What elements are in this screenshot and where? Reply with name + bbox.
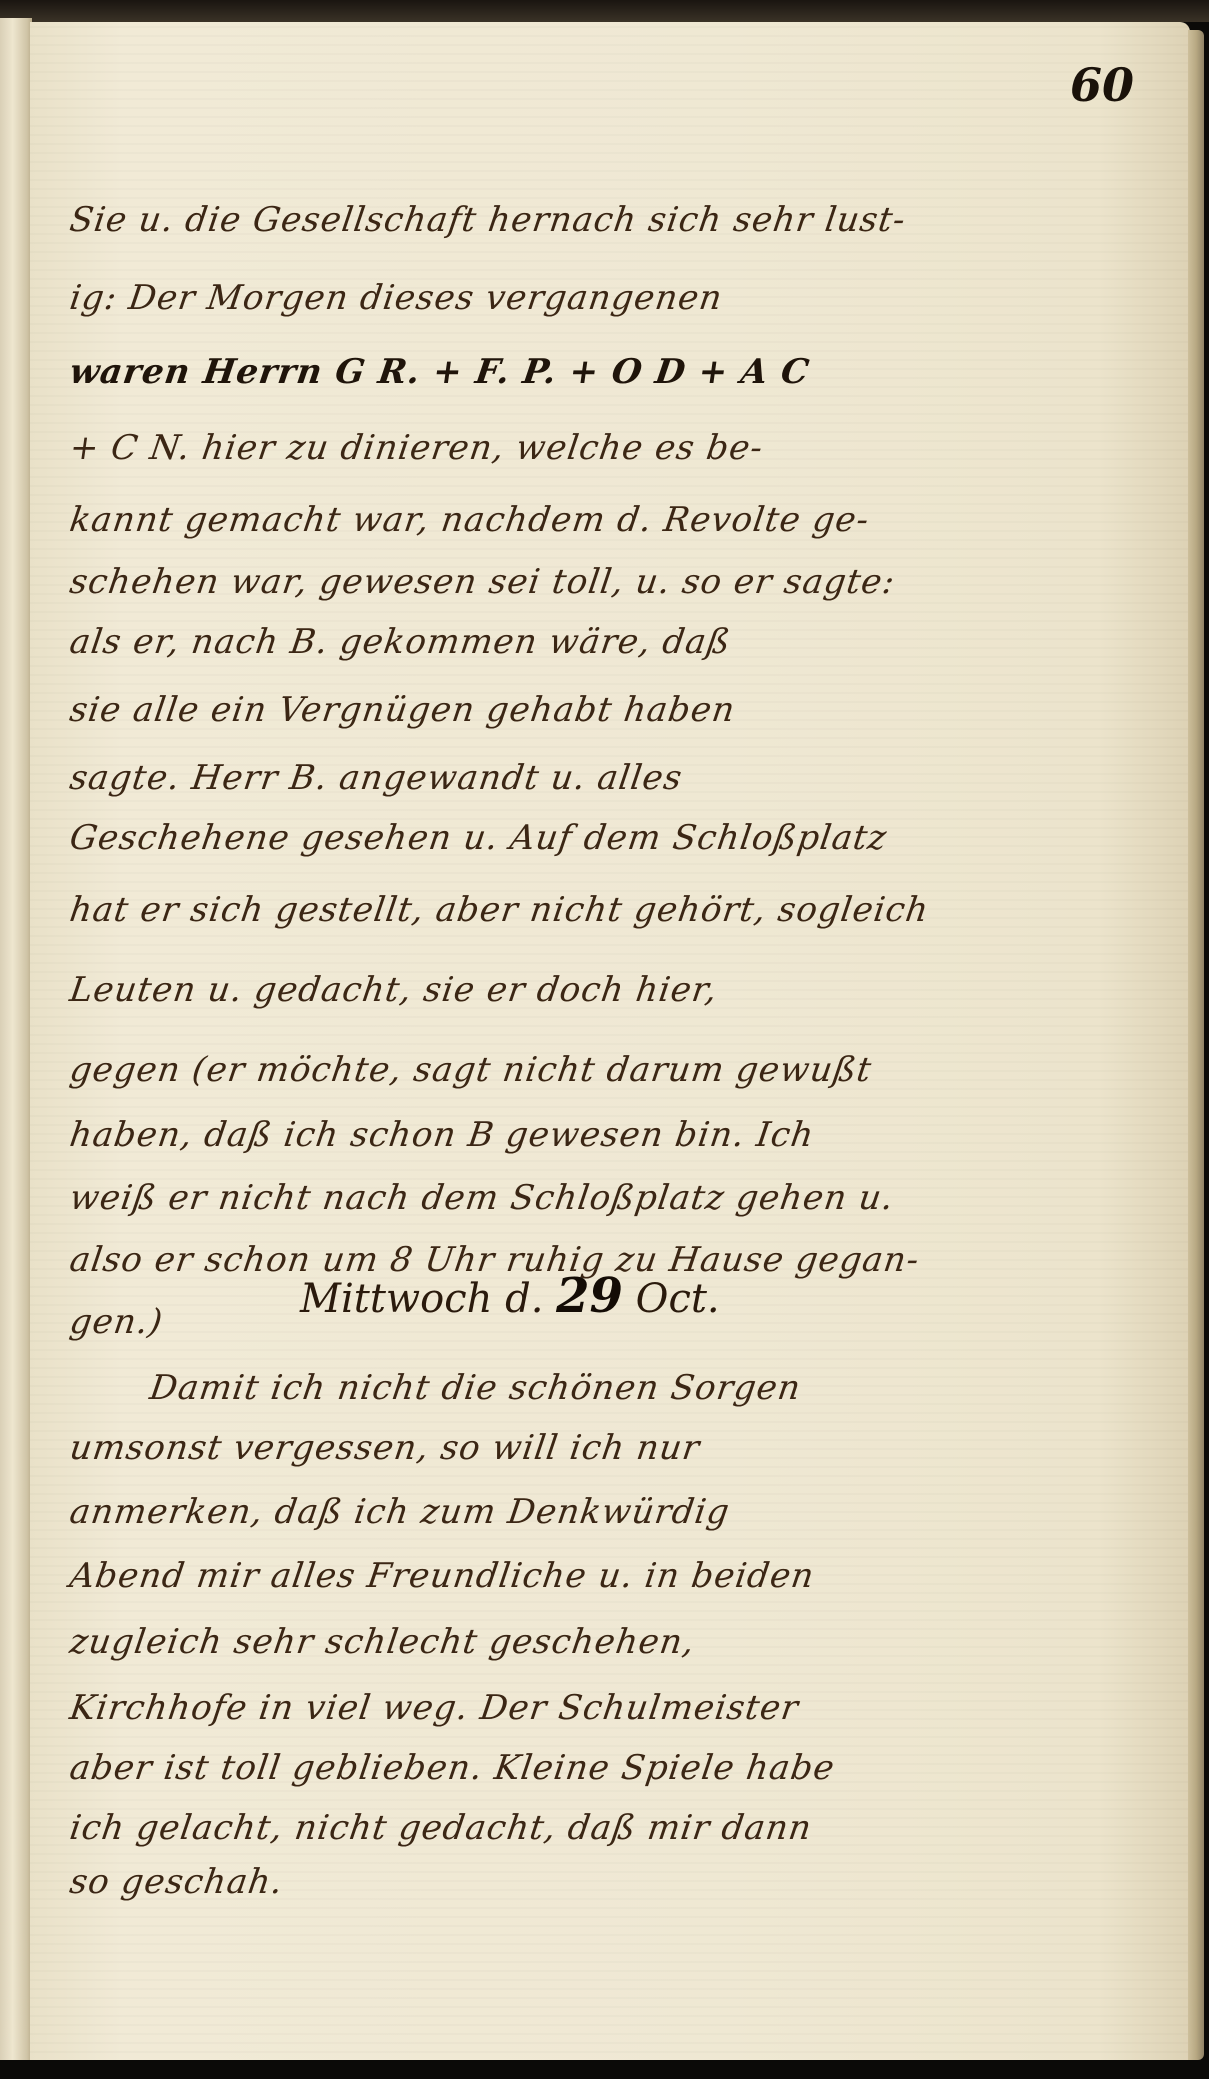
text-line: umsonst vergessen, so will ich nur <box>67 1428 702 1468</box>
text-line: waren Herrn G R. + F. P. + O D + A C <box>67 352 812 392</box>
page-stack-edge <box>1188 30 1204 2060</box>
text-line: so geschah. <box>67 1862 286 1902</box>
text-line: kannt gemacht war, nachdem d. Revolte ge… <box>67 500 872 540</box>
text-line: als er, nach B. gekommen wäre, daß <box>67 622 733 662</box>
text-line: schehen war, gewesen sei toll, u. so er … <box>67 562 898 602</box>
entry-date-heading: Mittwoch d. 29 Oct. <box>300 1268 720 1324</box>
text-line: ig: Der Morgen dieses vergangenen <box>67 278 725 318</box>
text-line: weiß er nicht nach dem Schloßplatz gehen… <box>67 1178 896 1218</box>
entry-day: 29 <box>556 1268 623 1324</box>
entry-weekday: Mittwoch d. <box>300 1276 543 1322</box>
text-line: haben, daß ich schon B gewesen bin. Ich <box>67 1115 817 1155</box>
text-line: Geschehene gesehen u. Auf dem Schloßplat… <box>67 818 889 858</box>
entry-month: Oct. <box>636 1276 720 1322</box>
text-line: sagte. Herr B. angewandt u. alles <box>67 758 685 798</box>
folio-number: 60 <box>1070 58 1134 112</box>
text-line: gen.) <box>67 1302 165 1342</box>
text-line: zugleich sehr schlecht geschehen, <box>67 1622 697 1662</box>
text-line: Damit ich nicht die schönen Sorgen <box>147 1368 803 1408</box>
text-line: + C N. hier zu dinieren, welche es be- <box>67 428 766 468</box>
book-top-edge <box>0 0 1209 22</box>
text-line: sie alle ein Vergnügen gehabt haben <box>67 690 738 730</box>
text-line: anmerken, daß ich zum Denkwürdig <box>67 1492 732 1532</box>
text-line: gegen (er möchte, sagt nicht darum gewuß… <box>67 1050 874 1090</box>
text-line: ich gelacht, nicht gedacht, daß mir dann <box>67 1808 814 1848</box>
text-line: Sie u. die Gesellschaft hernach sich seh… <box>67 200 908 240</box>
text-line: Kirchhofe in viel weg. Der Schulmeister <box>67 1688 801 1728</box>
book-bottom-edge <box>0 2060 1209 2079</box>
book-binding-gutter <box>0 18 32 2063</box>
text-line: aber ist toll geblieben. Kleine Spiele h… <box>67 1748 837 1788</box>
text-line: Leuten u. gedacht, sie er doch hier, <box>67 970 720 1010</box>
text-line: hat er sich gestellt, aber nicht gehört,… <box>67 890 931 930</box>
text-line: Abend mir alles Freundliche u. in beiden <box>67 1556 817 1596</box>
